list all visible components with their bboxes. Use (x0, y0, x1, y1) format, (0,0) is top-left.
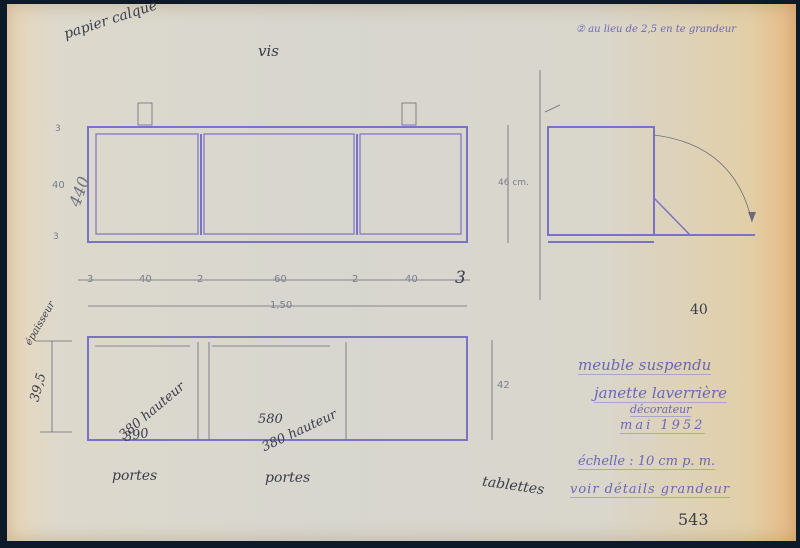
side-view-frame (548, 127, 654, 235)
door2-dim-a: 580 (258, 412, 283, 427)
vis-note: vis (258, 42, 279, 60)
seg-3: 60 (274, 274, 287, 285)
side-height: 46 cm. (498, 178, 529, 188)
dim-bottom: 3 (53, 232, 59, 242)
right-dim: 42 (497, 380, 510, 391)
seg-6: 3 (455, 268, 466, 288)
title-block-details: voir détails grandeur (570, 482, 730, 498)
dim-top: 3 (55, 124, 61, 134)
seg-5: 40 (405, 274, 418, 285)
seg-0: 3 (87, 274, 93, 285)
seg-1: 40 (139, 274, 152, 285)
title-block-title: meuble suspendu (578, 356, 711, 375)
title-block-designer: janette laverrière (594, 384, 727, 403)
portes-label-2: portes (265, 470, 310, 486)
side-depth: 40 (690, 302, 708, 318)
seg-2: 2 (197, 274, 203, 285)
portes-label-1: portes (112, 468, 157, 484)
total-width: 1,50 (270, 300, 292, 311)
title-block-role: décorateur (630, 403, 691, 417)
seg-4: 2 (352, 274, 358, 285)
top-right-note: ② au lieu de 2,5 en te grandeur (576, 24, 736, 35)
title-block-scale: échelle : 10 cm p. m. (578, 454, 715, 470)
drawing-number: 543 (678, 510, 709, 529)
front-view-frame (88, 127, 467, 242)
title-block-date: mai 1952 (620, 418, 705, 434)
dim-height: 40 (52, 180, 65, 191)
